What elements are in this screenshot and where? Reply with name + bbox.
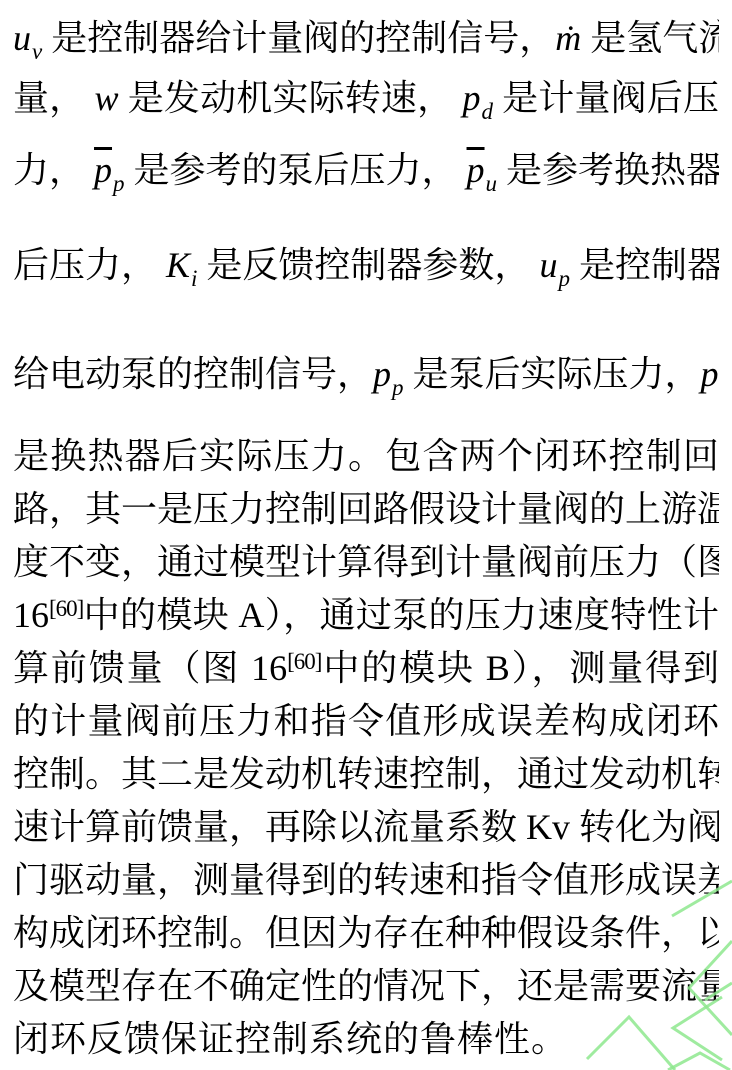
- text-run: 是控制器: [570, 245, 719, 285]
- text-line-7: 路，其一是压力控制回路假设计量阀的上游温: [13, 483, 719, 536]
- citation-superscript: [60]: [49, 596, 83, 621]
- math-symbol-p-p: pp: [94, 150, 125, 190]
- text-line-11: 的计量阀前压力和指令值形成误差构成闭环: [13, 695, 719, 748]
- citation-superscript: [60]: [287, 649, 321, 674]
- text-run: 度不变，通过模型计算得到计量阀前压力（图: [13, 542, 719, 582]
- math-symbol-u-v: uv: [13, 18, 42, 58]
- text-line-1: uv 是控制器给计量阀的控制信号，ṁ 是氢气流: [13, 8, 719, 68]
- text-line-12: 控制。其二是发动机转速控制，通过发动机转: [13, 748, 719, 801]
- text-run: 中的模块 B），测量得到: [321, 648, 719, 688]
- text-run: 量，: [13, 78, 95, 118]
- text-line-17: 闭环反馈保证控制系统的鲁棒性。: [13, 1013, 719, 1066]
- text-line-6: 是换热器后实际压力。包含两个闭环控制回: [13, 430, 719, 483]
- document-text: uv 是控制器给计量阀的控制信号，ṁ 是氢气流量， w 是发动机实际转速， pd…: [13, 8, 719, 1066]
- text-line-10: 算前馈量（图 16[60]中的模块 B），测量得到: [13, 642, 719, 695]
- math-symbol-p-u: pu: [467, 150, 498, 190]
- text-run: 中的模块 A），通过泵的压力速度特性计: [83, 595, 719, 635]
- text-run: 闭环反馈保证控制系统的鲁棒性。: [13, 1019, 568, 1059]
- text-run: 是参考的泵后压力，: [125, 150, 467, 190]
- text-line-5: 给电动泵的控制信号，pp 是泵后实际压力，pu: [13, 318, 719, 430]
- text-run: 是氢气流: [581, 18, 719, 58]
- text-run: 是参考换热器: [497, 150, 719, 190]
- text-run: 速计算前馈量，再除以流量系数 Kv 转化为阀: [13, 807, 719, 847]
- math-symbol-p-u: pu: [701, 354, 719, 394]
- document-page: uv 是控制器给计量阀的控制信号，ṁ 是氢气流量， w 是发动机实际转速， pd…: [0, 0, 732, 1070]
- math-symbol-p-p: pp: [373, 354, 404, 394]
- text-run: 是计量阀后压: [493, 78, 719, 118]
- math-symbol-p-d: pd: [462, 78, 493, 118]
- math-symbol-K-i: Ki: [166, 245, 197, 285]
- math-symbol-ṁ: ṁ: [555, 18, 581, 58]
- math-symbol-u-p: up: [539, 245, 570, 285]
- math-symbol-w: w: [95, 78, 119, 118]
- text-line-14: 门驱动量，测量得到的转速和指令值形成误差: [13, 854, 719, 907]
- text-run: 是泵后实际压力，: [404, 354, 701, 394]
- text-run: 后压力，: [13, 245, 166, 285]
- text-run: 算前馈量（图 16: [13, 648, 287, 688]
- text-line-8: 度不变，通过模型计算得到计量阀前压力（图: [13, 536, 719, 589]
- text-run: 控制。其二是发动机转速控制，通过发动机转: [13, 754, 719, 794]
- text-line-16: 及模型存在不确定性的情况下，还是需要流量: [13, 960, 719, 1013]
- text-line-3: 力， pp 是参考的泵后压力， pu 是参考换热器: [13, 128, 719, 213]
- text-line-13: 速计算前馈量，再除以流量系数 Kv 转化为阀: [13, 801, 719, 854]
- text-run: 16: [13, 595, 49, 635]
- text-run: 门驱动量，测量得到的转速和指令值形成误差: [13, 860, 719, 900]
- text-run: 及模型存在不确定性的情况下，还是需要流量: [13, 966, 719, 1006]
- text-run: 是控制器给计量阀的控制信号，: [42, 18, 555, 58]
- text-line-2: 量， w 是发动机实际转速， pd 是计量阀后压: [13, 68, 719, 128]
- text-run: 力，: [13, 150, 94, 190]
- text-line-9: 16[60]中的模块 A），通过泵的压力速度特性计: [13, 589, 719, 642]
- text-run: 构成闭环控制。但因为存在种种假设条件，以: [13, 913, 719, 953]
- text-run: 是换热器后实际压力。包含两个闭环控制回: [13, 436, 719, 476]
- text-line-4: 后压力， Ki 是反馈控制器参数， up 是控制器: [13, 213, 719, 318]
- text-run: 给电动泵的控制信号，: [13, 354, 373, 394]
- text-run: 是反馈控制器参数，: [197, 245, 539, 285]
- text-run: 的计量阀前压力和指令值形成误差构成闭环: [13, 701, 719, 741]
- text-line-15: 构成闭环控制。但因为存在种种假设条件，以: [13, 907, 719, 960]
- text-run: 路，其一是压力控制回路假设计量阀的上游温: [13, 489, 719, 529]
- text-run: 是发动机实际转速，: [119, 78, 463, 118]
